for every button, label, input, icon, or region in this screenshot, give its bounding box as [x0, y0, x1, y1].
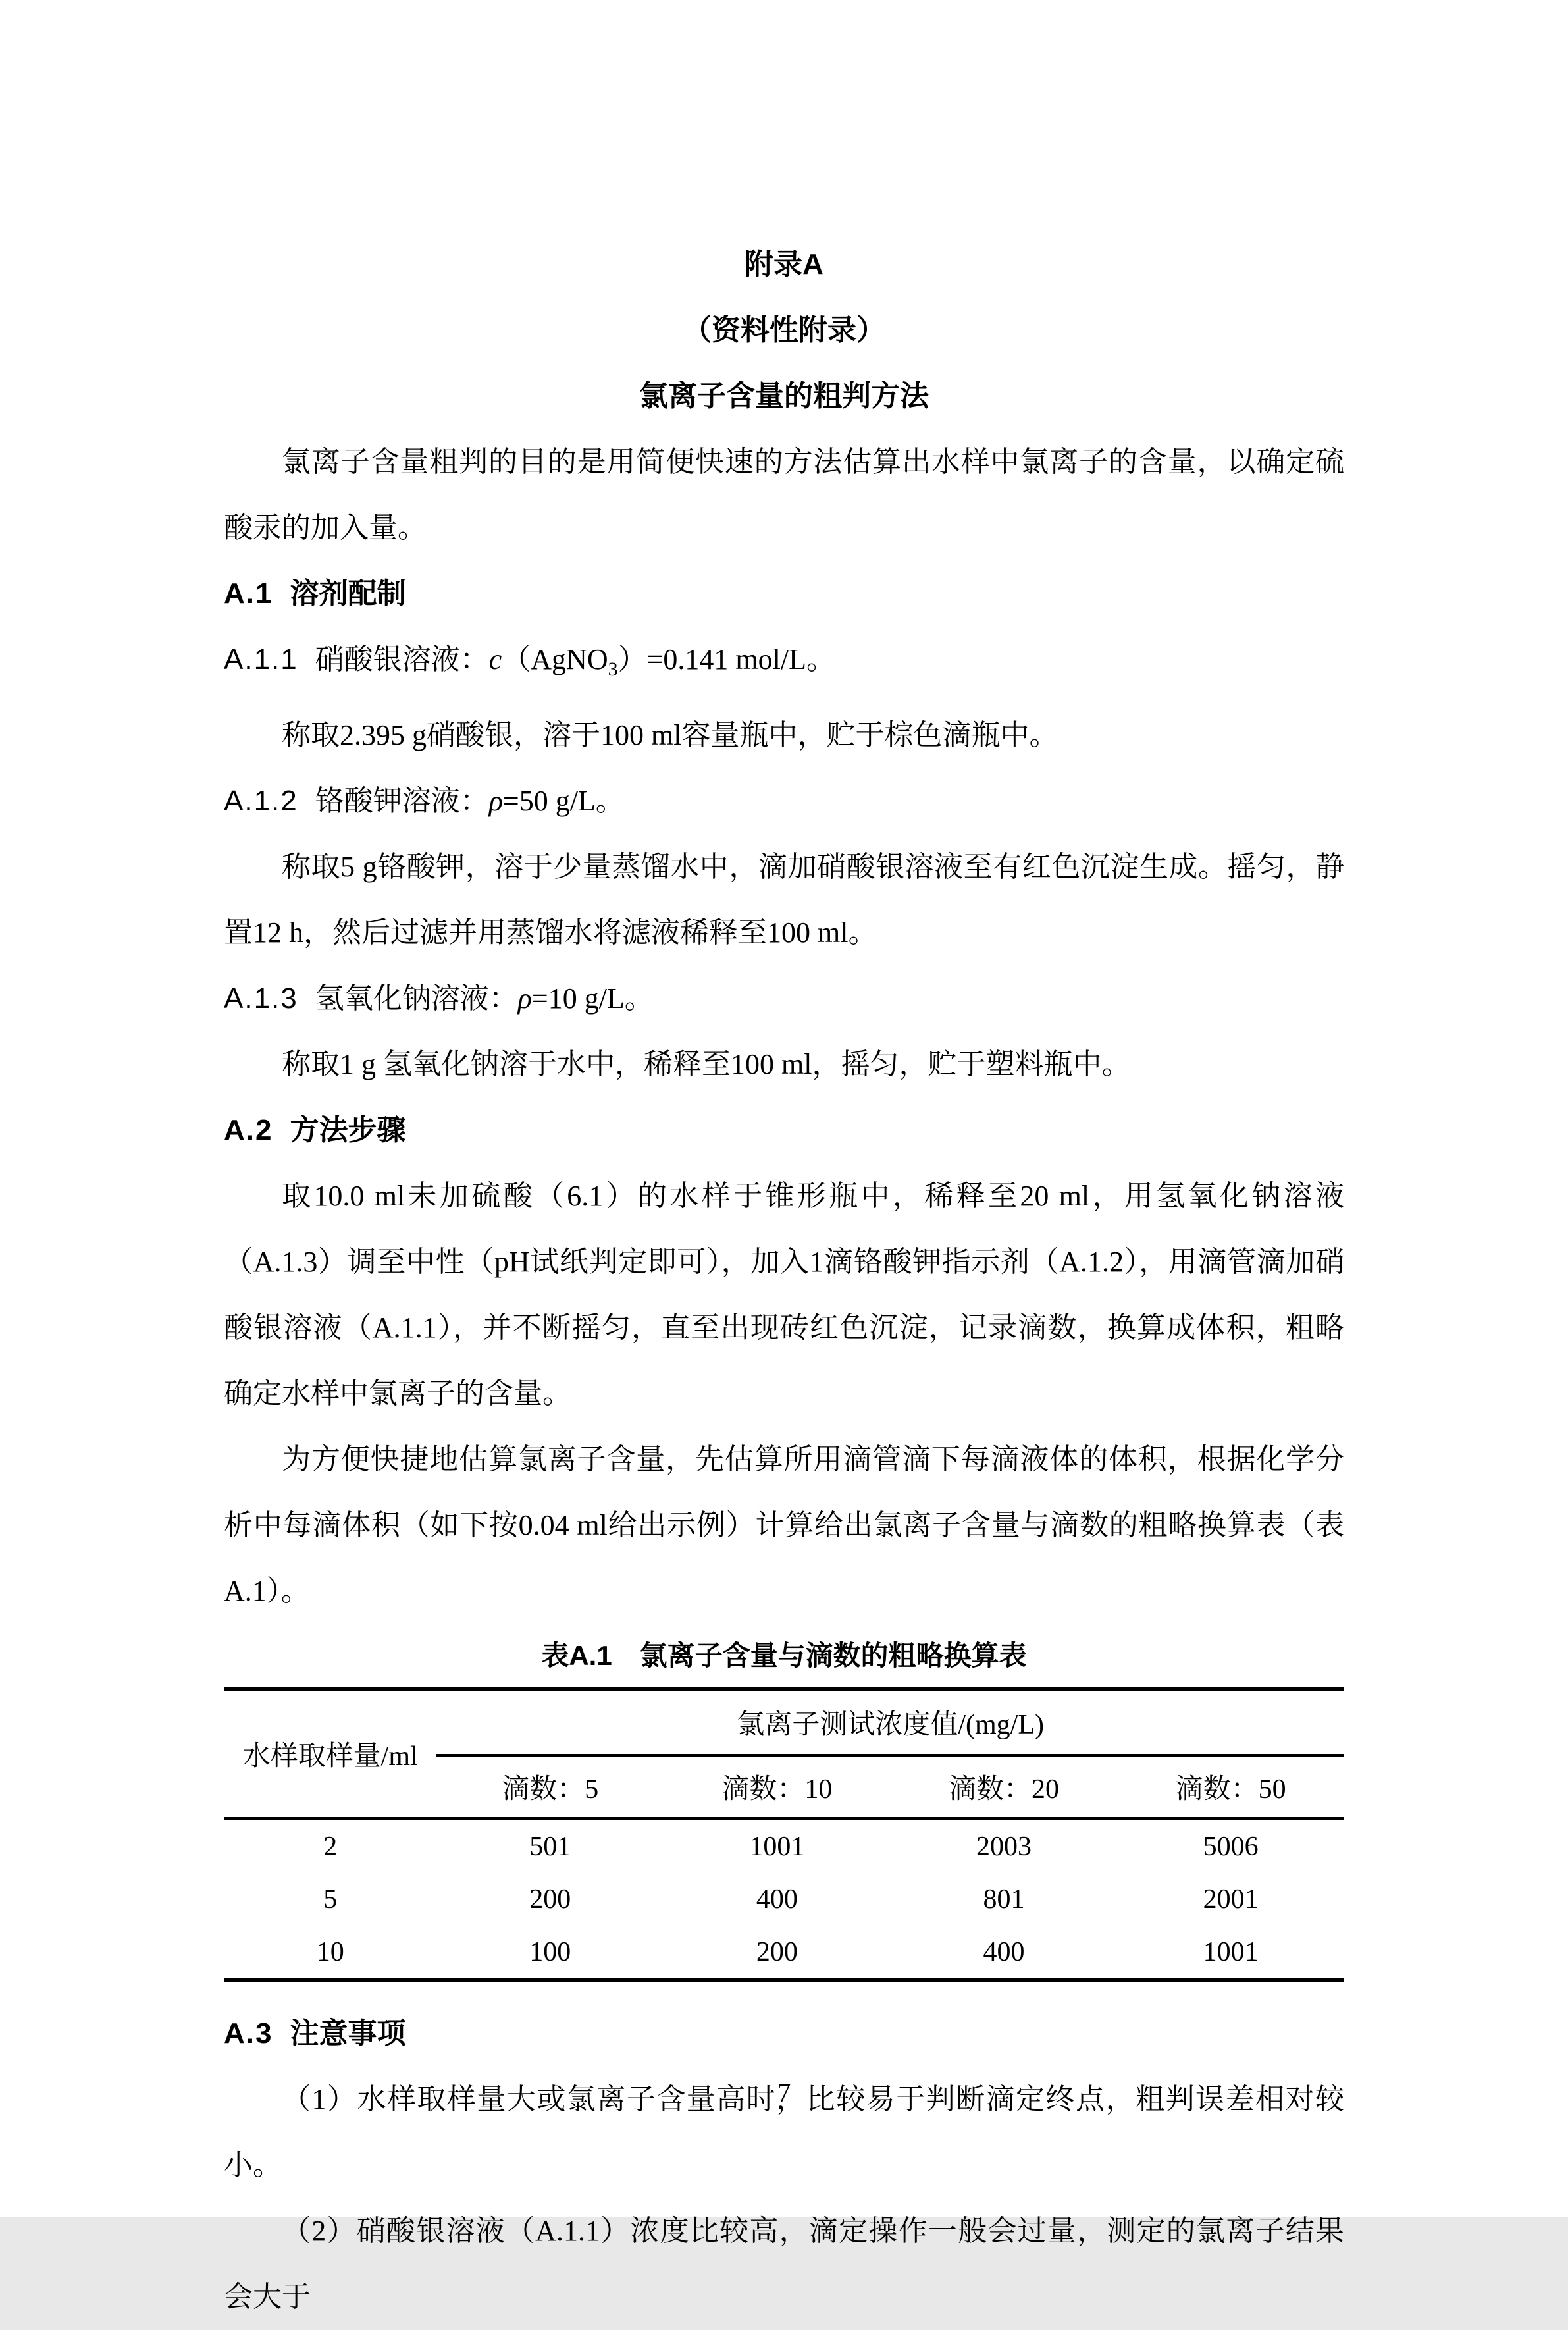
column-header-drops-50: 滴数：50 [1117, 1755, 1344, 1819]
table-cell: 400 [664, 1873, 891, 1926]
section-heading-a2: A.2方法步骤 [224, 1098, 1344, 1163]
formula-text: ）=0.141 mol/L。 [618, 643, 835, 675]
clause-label: 铬酸钾溶液： [315, 785, 489, 817]
table-cell: 501 [436, 1818, 664, 1873]
clause-number: A.1.1 [224, 643, 298, 675]
table-row: 5 200 400 801 2001 [224, 1873, 1344, 1926]
section-heading-a3: A.3注意事项 [224, 2001, 1344, 2067]
table-cell: 5006 [1117, 1818, 1344, 1873]
table-cell: 2001 [1117, 1873, 1344, 1926]
page-number: 7 [0, 2074, 1568, 2113]
formula-text: =50 g/L。 [503, 785, 625, 817]
density-symbol: ρ [518, 982, 532, 1015]
appendix-label: 附录A [224, 232, 1344, 298]
table-cell-sample: 2 [224, 1818, 436, 1873]
clause-label: 硝酸银溶液： [315, 643, 489, 675]
paragraph-a2-1: 取10.0 ml未加硫酸（6.1）的水样于锥形瓶中，稀释至20 ml，用氢氧化钠… [224, 1163, 1344, 1427]
table-row: 2 501 1001 2003 5006 [224, 1818, 1344, 1873]
clause-number: A.1.3 [224, 982, 298, 1015]
table-cell: 801 [891, 1873, 1118, 1926]
document-page: 附录A （资料性附录） 氯离子含量的粗判方法 氯离子含量粗判的目的是用简便快速的… [0, 0, 1568, 2217]
clause-a12: A.1.2铬酸钾溶液：ρ=50 g/L。 [224, 768, 1344, 834]
formula-text: =10 g/L。 [532, 982, 654, 1015]
density-symbol: ρ [489, 785, 503, 817]
table-cell: 2003 [891, 1818, 1118, 1873]
table-cell: 1001 [1117, 1926, 1344, 1980]
formula-text: （AgNO [502, 643, 608, 675]
section-title: 注意事项 [290, 2017, 405, 2050]
appendix-title: 氯离子含量的粗判方法 [224, 363, 1344, 429]
column-header-sample-volume: 水样取样量/ml [224, 1689, 436, 1819]
table-row: 10 100 200 400 1001 [224, 1926, 1344, 1980]
conversion-table: 水样取样量/ml 氯离子测试浓度值/(mg/L) 滴数：5 滴数：10 滴数：2… [224, 1687, 1344, 1982]
table-cell: 100 [436, 1926, 664, 1980]
section-heading-a1: A.1溶剂配制 [224, 561, 1344, 627]
paragraph-a11: 称取2.395 g硝酸银，溶于100 ml容量瓶中，贮于棕色滴瓶中。 [224, 702, 1344, 768]
section-title: 溶剂配制 [290, 577, 405, 610]
table-cell: 200 [436, 1873, 664, 1926]
table-cell: 200 [664, 1926, 891, 1980]
column-header-drops-5: 滴数：5 [436, 1755, 664, 1819]
appendix-type: （资料性附录） [224, 298, 1344, 363]
clause-label: 氢氧化钠溶液： [315, 982, 518, 1015]
table-caption-label: 表A.1 [541, 1640, 612, 1671]
note-item-2: （2）硝酸银溶液（A.1.1）浓度比较高，滴定操作一般会过量，测定的氯离子结果会… [224, 2198, 1344, 2330]
column-header-drops-20: 滴数：20 [891, 1755, 1118, 1819]
table-cell: 1001 [664, 1818, 891, 1873]
table-caption: 表A.1氯离子含量与滴数的粗略换算表 [224, 1624, 1344, 1687]
table-header-row: 水样取样量/ml 氯离子测试浓度值/(mg/L) [224, 1689, 1344, 1755]
table-cell-sample: 5 [224, 1873, 436, 1926]
column-group-header: 氯离子测试浓度值/(mg/L) [436, 1689, 1344, 1755]
section-number: A.2 [224, 1114, 273, 1146]
paragraph-a13: 称取1 g 氢氧化钠溶于水中，稀释至100 ml，摇匀，贮于塑料瓶中。 [224, 1032, 1344, 1098]
clause-a11: A.1.1硝酸银溶液：c（AgNO3）=0.141 mol/L。 [224, 627, 1344, 702]
section-number: A.3 [224, 2017, 273, 2050]
intro-paragraph: 氯离子含量粗判的目的是用简便快速的方法估算出水样中氯离子的含量，以确定硫酸汞的加… [224, 429, 1344, 561]
section-number: A.1 [224, 577, 273, 610]
table-cell: 400 [891, 1926, 1118, 1980]
clause-a13: A.1.3氢氧化钠溶液：ρ=10 g/L。 [224, 966, 1344, 1032]
paragraph-a12: 称取5 g铬酸钾，溶于少量蒸馏水中，滴加硝酸银溶液至有红色沉淀生成。摇匀，静置1… [224, 834, 1344, 966]
table-caption-title: 氯离子含量与滴数的粗略换算表 [640, 1640, 1027, 1671]
table-cell-sample: 10 [224, 1926, 436, 1980]
clause-number: A.1.2 [224, 785, 298, 817]
paragraph-a2-2: 为方便快捷地估算氯离子含量，先估算所用滴管滴下每滴液体的体积，根据化学分析中每滴… [224, 1427, 1344, 1624]
formula-subscript: 3 [608, 658, 618, 680]
concentration-symbol: c [489, 643, 502, 675]
column-header-drops-10: 滴数：10 [664, 1755, 891, 1819]
section-title: 方法步骤 [290, 1114, 405, 1146]
